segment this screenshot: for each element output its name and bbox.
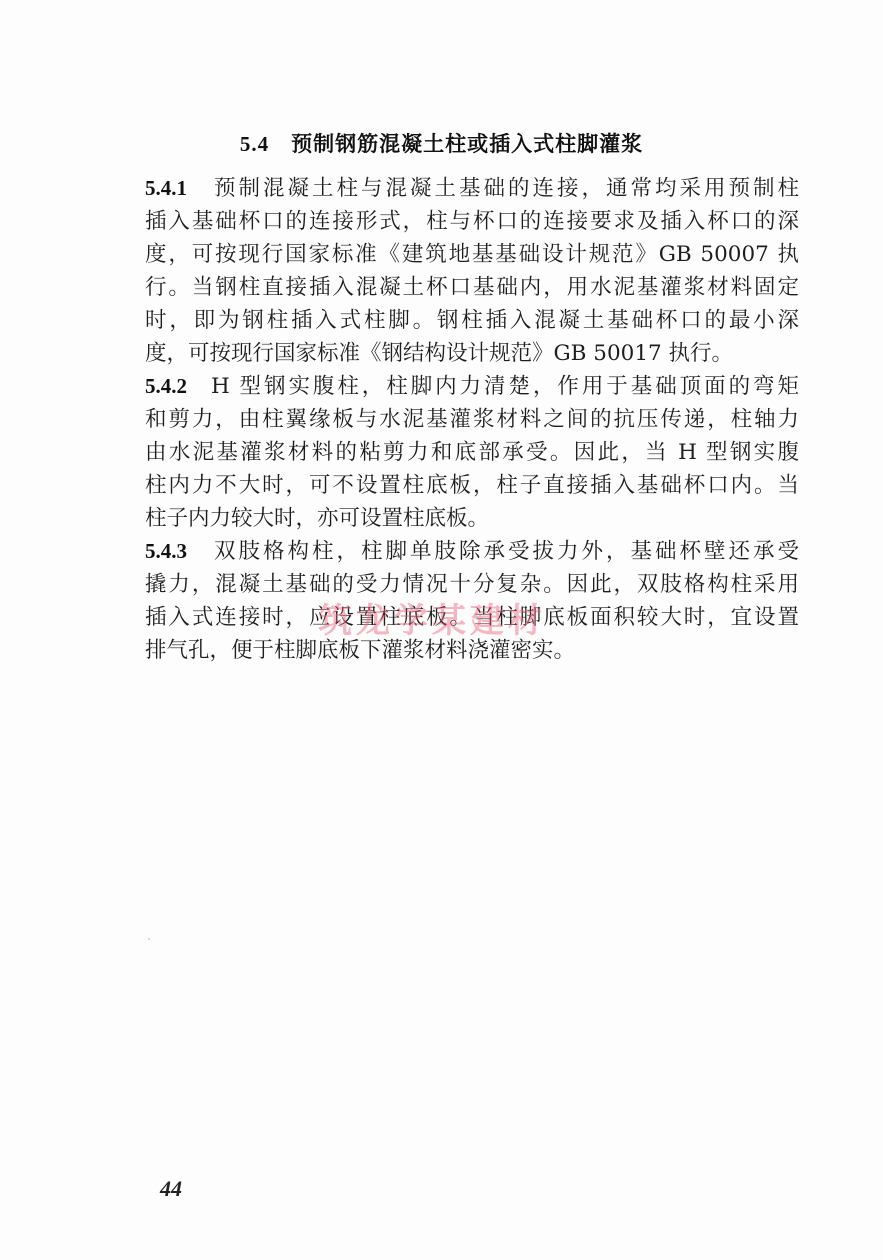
text-line: 度，可按现行国家标准《建筑地基基础设计规范》GB 50007 执 [145, 238, 799, 271]
clause-number: 5.4.1 [145, 176, 187, 200]
text-line: 撬力，混凝土基础的受力情况十分复杂。因此，双肢格构柱采用 [145, 568, 799, 601]
section-heading: 5.4预制钢筋混凝土柱或插入式柱脚灌浆 [0, 128, 883, 158]
text-line: 预制混凝土柱与混凝土基础的连接，通常均采用预制柱 [211, 176, 799, 201]
scan-speck [148, 938, 150, 940]
text-line: 插入基础杯口的连接形式，柱与杯口的连接要求及插入杯口的深 [145, 205, 799, 238]
page-number: 44 [160, 1176, 182, 1202]
body-text: 5.4.1预制混凝土柱与混凝土基础的连接，通常均采用预制柱 插入基础杯口的连接形… [145, 172, 799, 667]
text-line: H 型钢实腹柱，柱脚内力清楚，作用于基础顶面的弯矩 [211, 374, 799, 399]
clause-5-4-1-line-1: 5.4.1预制混凝土柱与混凝土基础的连接，通常均采用预制柱 [145, 172, 799, 205]
document-page: 5.4预制钢筋混凝土柱或插入式柱脚灌浆 5.4.1预制混凝土柱与混凝土基础的连接… [0, 0, 883, 1260]
text-line: 时，即为钢柱插入式柱脚。钢柱插入混凝土基础杯口的最小深 [145, 304, 799, 337]
text-line: 插入式连接时，应设置柱底板。当柱脚底板面积较大时，宜设置 [145, 601, 799, 634]
text-line: 排气孔，便于柱脚底板下灌浆材料浇灌密实。 [145, 634, 799, 667]
section-number: 5.4 [240, 132, 269, 156]
text-line: 柱子内力较大时，亦可设置柱底板。 [145, 502, 799, 535]
clause-number: 5.4.2 [145, 374, 187, 398]
text-line: 度，可按现行国家标准《钢结构设计规范》GB 50017 执行。 [145, 337, 799, 370]
clause-5-4-2-line-1: 5.4.2H 型钢实腹柱，柱脚内力清楚，作用于基础顶面的弯矩 [145, 370, 799, 403]
text-line: 和剪力，由柱翼缘板与水泥基灌浆材料之间的抗压传递，柱轴力 [145, 403, 799, 436]
clause-number: 5.4.3 [145, 539, 187, 563]
text-line: 由水泥基灌浆材料的粘剪力和底部承受。因此，当 H 型钢实腹 [145, 436, 799, 469]
text-line: 柱内力不大时，可不设置柱底板，柱子直接插入基础杯口内。当 [145, 469, 799, 502]
clause-5-4-3-line-1: 5.4.3双肢格构柱，柱脚单肢除承受拔力外，基础杯壁还承受 [145, 535, 799, 568]
text-line: 双肢格构柱，柱脚单肢除承受拔力外，基础杯壁还承受 [211, 539, 799, 564]
text-line: 行。当钢柱直接插入混凝土杯口基础内，用水泥基灌浆材料固定 [145, 271, 799, 304]
section-title-text: 预制钢筋混凝土柱或插入式柱脚灌浆 [291, 132, 643, 156]
